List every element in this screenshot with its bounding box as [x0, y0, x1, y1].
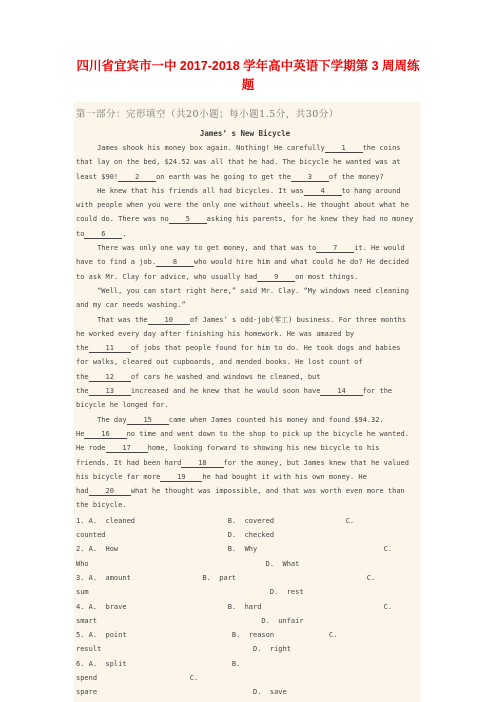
- option-line-q1b: counted D. checked: [76, 528, 421, 542]
- document-title: 四川省宜宾市一中 2017-2018 学年高中英语下学期第 3 周周练题: [72, 57, 424, 95]
- option-line-q4a: 4. A. brave B. hard C.: [76, 600, 421, 614]
- blank-18: 18: [181, 459, 223, 468]
- passage-paragraph-6: The day 15 came when James counted his m…: [76, 413, 414, 513]
- option-line-q6a: 6. A. split B.: [76, 657, 421, 671]
- blank-6: 6: [84, 230, 122, 239]
- cloze-passage: James shook his money box again. Nothing…: [76, 141, 414, 513]
- section-header: 第一部分：完形填空（共20小题；每小题1.5分，共30分）: [76, 107, 421, 122]
- option-line-q2a: 2. A. How B. Why C.: [76, 542, 421, 556]
- content-panel: 第一部分：完形填空（共20小题；每小题1.5分，共30分） James’ s N…: [74, 102, 421, 702]
- blank-10: 10: [148, 316, 190, 325]
- option-line-q5b: result D. right: [76, 642, 421, 656]
- option-line-q4b: smart D. unfair: [76, 614, 421, 628]
- passage-heading: James’ s New Bicycle: [76, 127, 414, 141]
- blank-20: 20: [89, 487, 131, 496]
- blank-3: 3: [291, 173, 329, 182]
- blank-12: 12: [89, 373, 131, 382]
- option-line-q3a: 3. A. amount B. part C.: [76, 571, 421, 585]
- blank-9: 9: [257, 273, 295, 282]
- option-line-q1a: 1. A. cleaned B. covered C.: [76, 514, 421, 528]
- blank-1: 1: [325, 144, 363, 153]
- passage-paragraph-4: “Well, you can start right here,” said M…: [76, 284, 414, 313]
- blank-8: 8: [156, 258, 194, 267]
- blank-19: 19: [160, 473, 202, 482]
- passage-paragraph-1: James shook his money box again. Nothing…: [76, 141, 414, 184]
- blank-13: 13: [89, 387, 131, 396]
- blank-14: 14: [320, 387, 362, 396]
- option-line-q2b: Who D. What: [76, 557, 421, 571]
- blank-2: 2: [118, 173, 156, 182]
- option-line-q3b: sum D. rest: [76, 585, 421, 599]
- option-line-q6c: spare D. save: [76, 685, 421, 699]
- options-list: 1. A. cleaned B. covered C. counted D. c…: [76, 514, 421, 700]
- blank-5: 5: [169, 215, 207, 224]
- blank-7: 7: [316, 244, 354, 253]
- passage-paragraph-5: That was the 10 of James’ s odd-job(零工) …: [76, 313, 414, 413]
- blank-15: 15: [127, 416, 169, 425]
- blank-4: 4: [304, 187, 342, 196]
- blank-16: 16: [84, 430, 126, 439]
- blank-17: 17: [106, 444, 148, 453]
- passage-paragraph-2: He knew that his friends all had bicycle…: [76, 184, 414, 241]
- blank-11: 11: [89, 344, 131, 353]
- option-line-q5a: 5. A. point B. reason C.: [76, 628, 421, 642]
- option-line-q6b: spend C.: [76, 671, 421, 685]
- passage-paragraph-3: There was only one way to get money, and…: [76, 241, 414, 284]
- document-page: 四川省宜宾市一中 2017-2018 学年高中英语下学期第 3 周周练题 第一部…: [0, 57, 496, 702]
